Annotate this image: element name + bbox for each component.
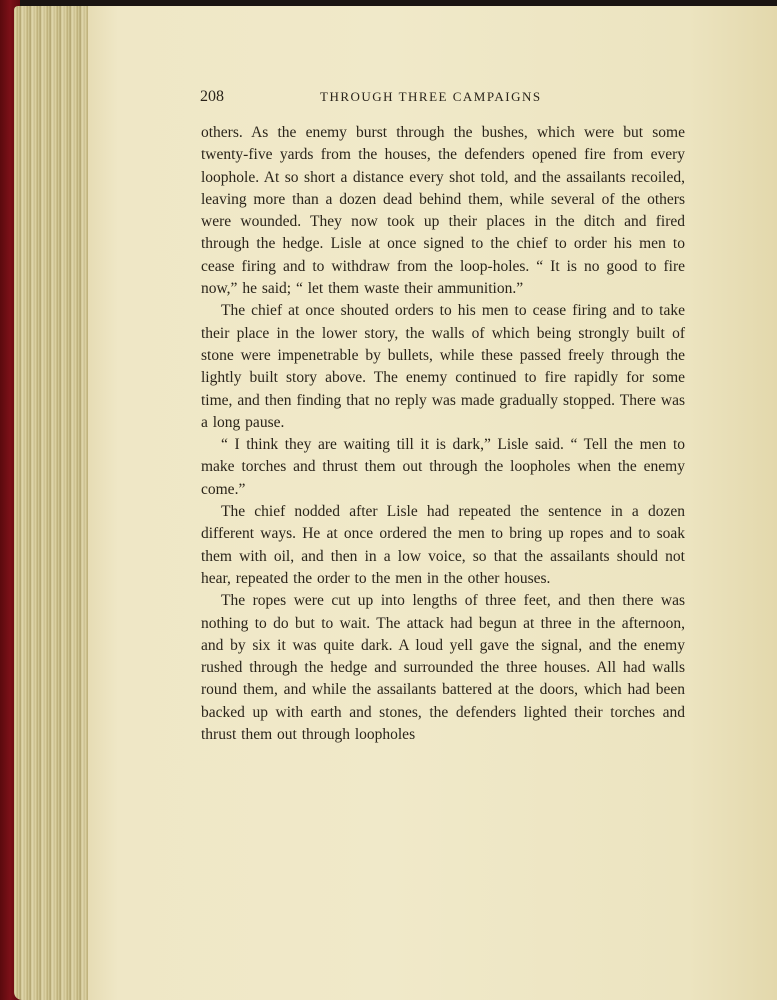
paragraph: The chief nodded after Lisle had repeate…	[201, 501, 685, 590]
running-head: 208 THROUGH THREE CAMPAIGNS	[200, 88, 686, 108]
page-number: 208	[200, 88, 224, 106]
paragraph: others. As the enemy burst through the b…	[201, 122, 685, 300]
page-edges	[14, 6, 92, 1000]
paragraph: “ I think they are waiting till it is da…	[201, 434, 685, 501]
paragraph: The chief at once shouted orders to his …	[201, 300, 685, 434]
book-title: THROUGH THREE CAMPAIGNS	[320, 89, 542, 105]
body-text: others. As the enemy burst through the b…	[201, 122, 685, 746]
paragraph: The ropes were cut up into lengths of th…	[201, 590, 685, 746]
